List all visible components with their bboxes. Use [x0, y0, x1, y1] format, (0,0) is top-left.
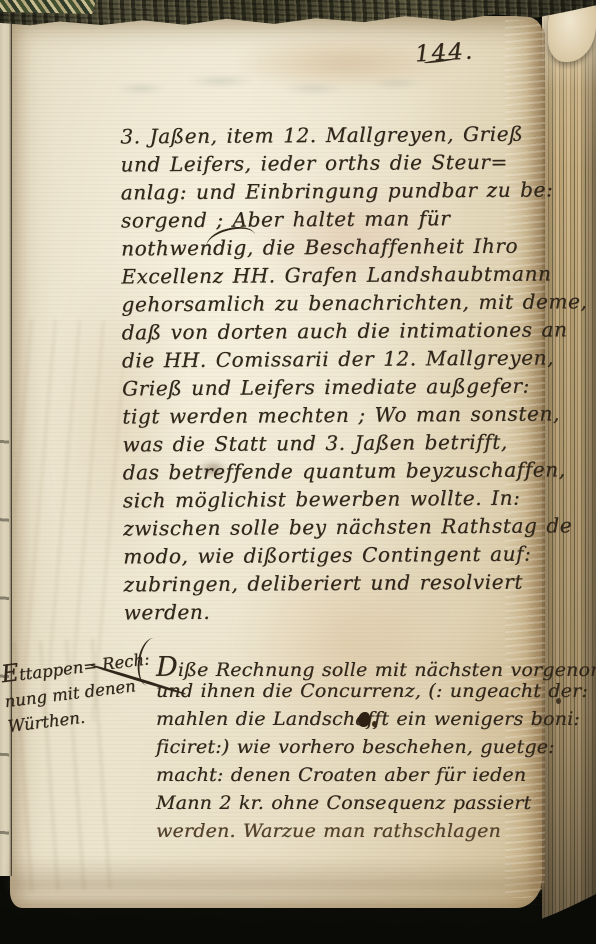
ink-speck — [556, 698, 561, 704]
page-number: 144. — [414, 38, 474, 67]
manuscript-line: anlag: und Einbringung pundbar zu be: — [121, 178, 535, 209]
manuscript-line: Diße Rechnung solle mit nächsten vorgeno… — [156, 652, 556, 680]
manuscript-line: zwischen solle bey nächsten Rathstag de — [123, 514, 537, 545]
paper-bottom-shadow — [10, 856, 542, 890]
manuscript-line: was die Statt und 3. Jaßen betrifft, — [122, 430, 536, 461]
headband-weave — [0, 0, 96, 14]
ghost-writing — [100, 60, 445, 112]
ink-marks — [0, 438, 9, 868]
manuscript-line: tigt werden mechten ; Wo man sonsten, — [122, 402, 536, 433]
manuscript-line: sich möglichist bewerben wollte. In: — [123, 486, 537, 517]
manuscript-line: ficiret:) wie vorhero beschehen, guetge: — [156, 736, 556, 764]
manuscript-line: Mann 2 kr. ohne Consequenz passiert — [156, 792, 556, 820]
paragraph-1: 3. Jaßen, item 12. Mallgreyen, Grieß und… — [120, 122, 538, 629]
manuscript-line: nothwendig, die Beschaffenheit Ihro — [121, 234, 535, 265]
manuscript-line: werden. Warzue man rathschlagen — [156, 820, 556, 848]
manuscript-line: und Leifers, ieder orths die Steur= — [120, 150, 534, 181]
manuscript-line: werden. — [124, 598, 538, 629]
manuscript-line: das betreffende quantum beyzuschaffen, — [123, 458, 537, 489]
manuscript-line: 3. Jaßen, item 12. Mallgreyen, Grieß — [120, 122, 534, 153]
previous-page-sliver — [0, 18, 12, 876]
manuscript-line: Excellenz HH. Grafen Landshaubtmann — [121, 262, 535, 293]
manuscript-line: macht: denen Croaten aber für ieden — [156, 764, 556, 792]
manuscript-line: Grieß und Leifers imediate außgefer: — [122, 374, 536, 405]
manuscript-line: sorgend ; Aber haltet man für — [121, 206, 535, 237]
manuscript-line: modo, wie dißortiges Contingent auf: — [123, 542, 537, 573]
manuscript-line: zubringen, deliberiert und resolviert — [123, 570, 537, 601]
manuscript-line: daß von dorten auch die intimationes an — [122, 318, 536, 349]
manuscript-line: und ihnen die Concurrenz, (: ungeacht de… — [156, 680, 556, 708]
manuscript-scan: 144. 3. Jaßen, item 12. Mallgreyen, Grie… — [0, 0, 596, 944]
paragraph-2: Diße Rechnung solle mit nächsten vorgeno… — [156, 652, 556, 848]
manuscript-line: die HH. Comissarii der 12. Mallgreyen, — [122, 346, 536, 377]
manuscript-line: mahlen die Landschafft ein wenigers boni… — [156, 708, 556, 736]
manuscript-line: gehorsamlich zu benachrichten, mit deme, — [121, 290, 535, 321]
